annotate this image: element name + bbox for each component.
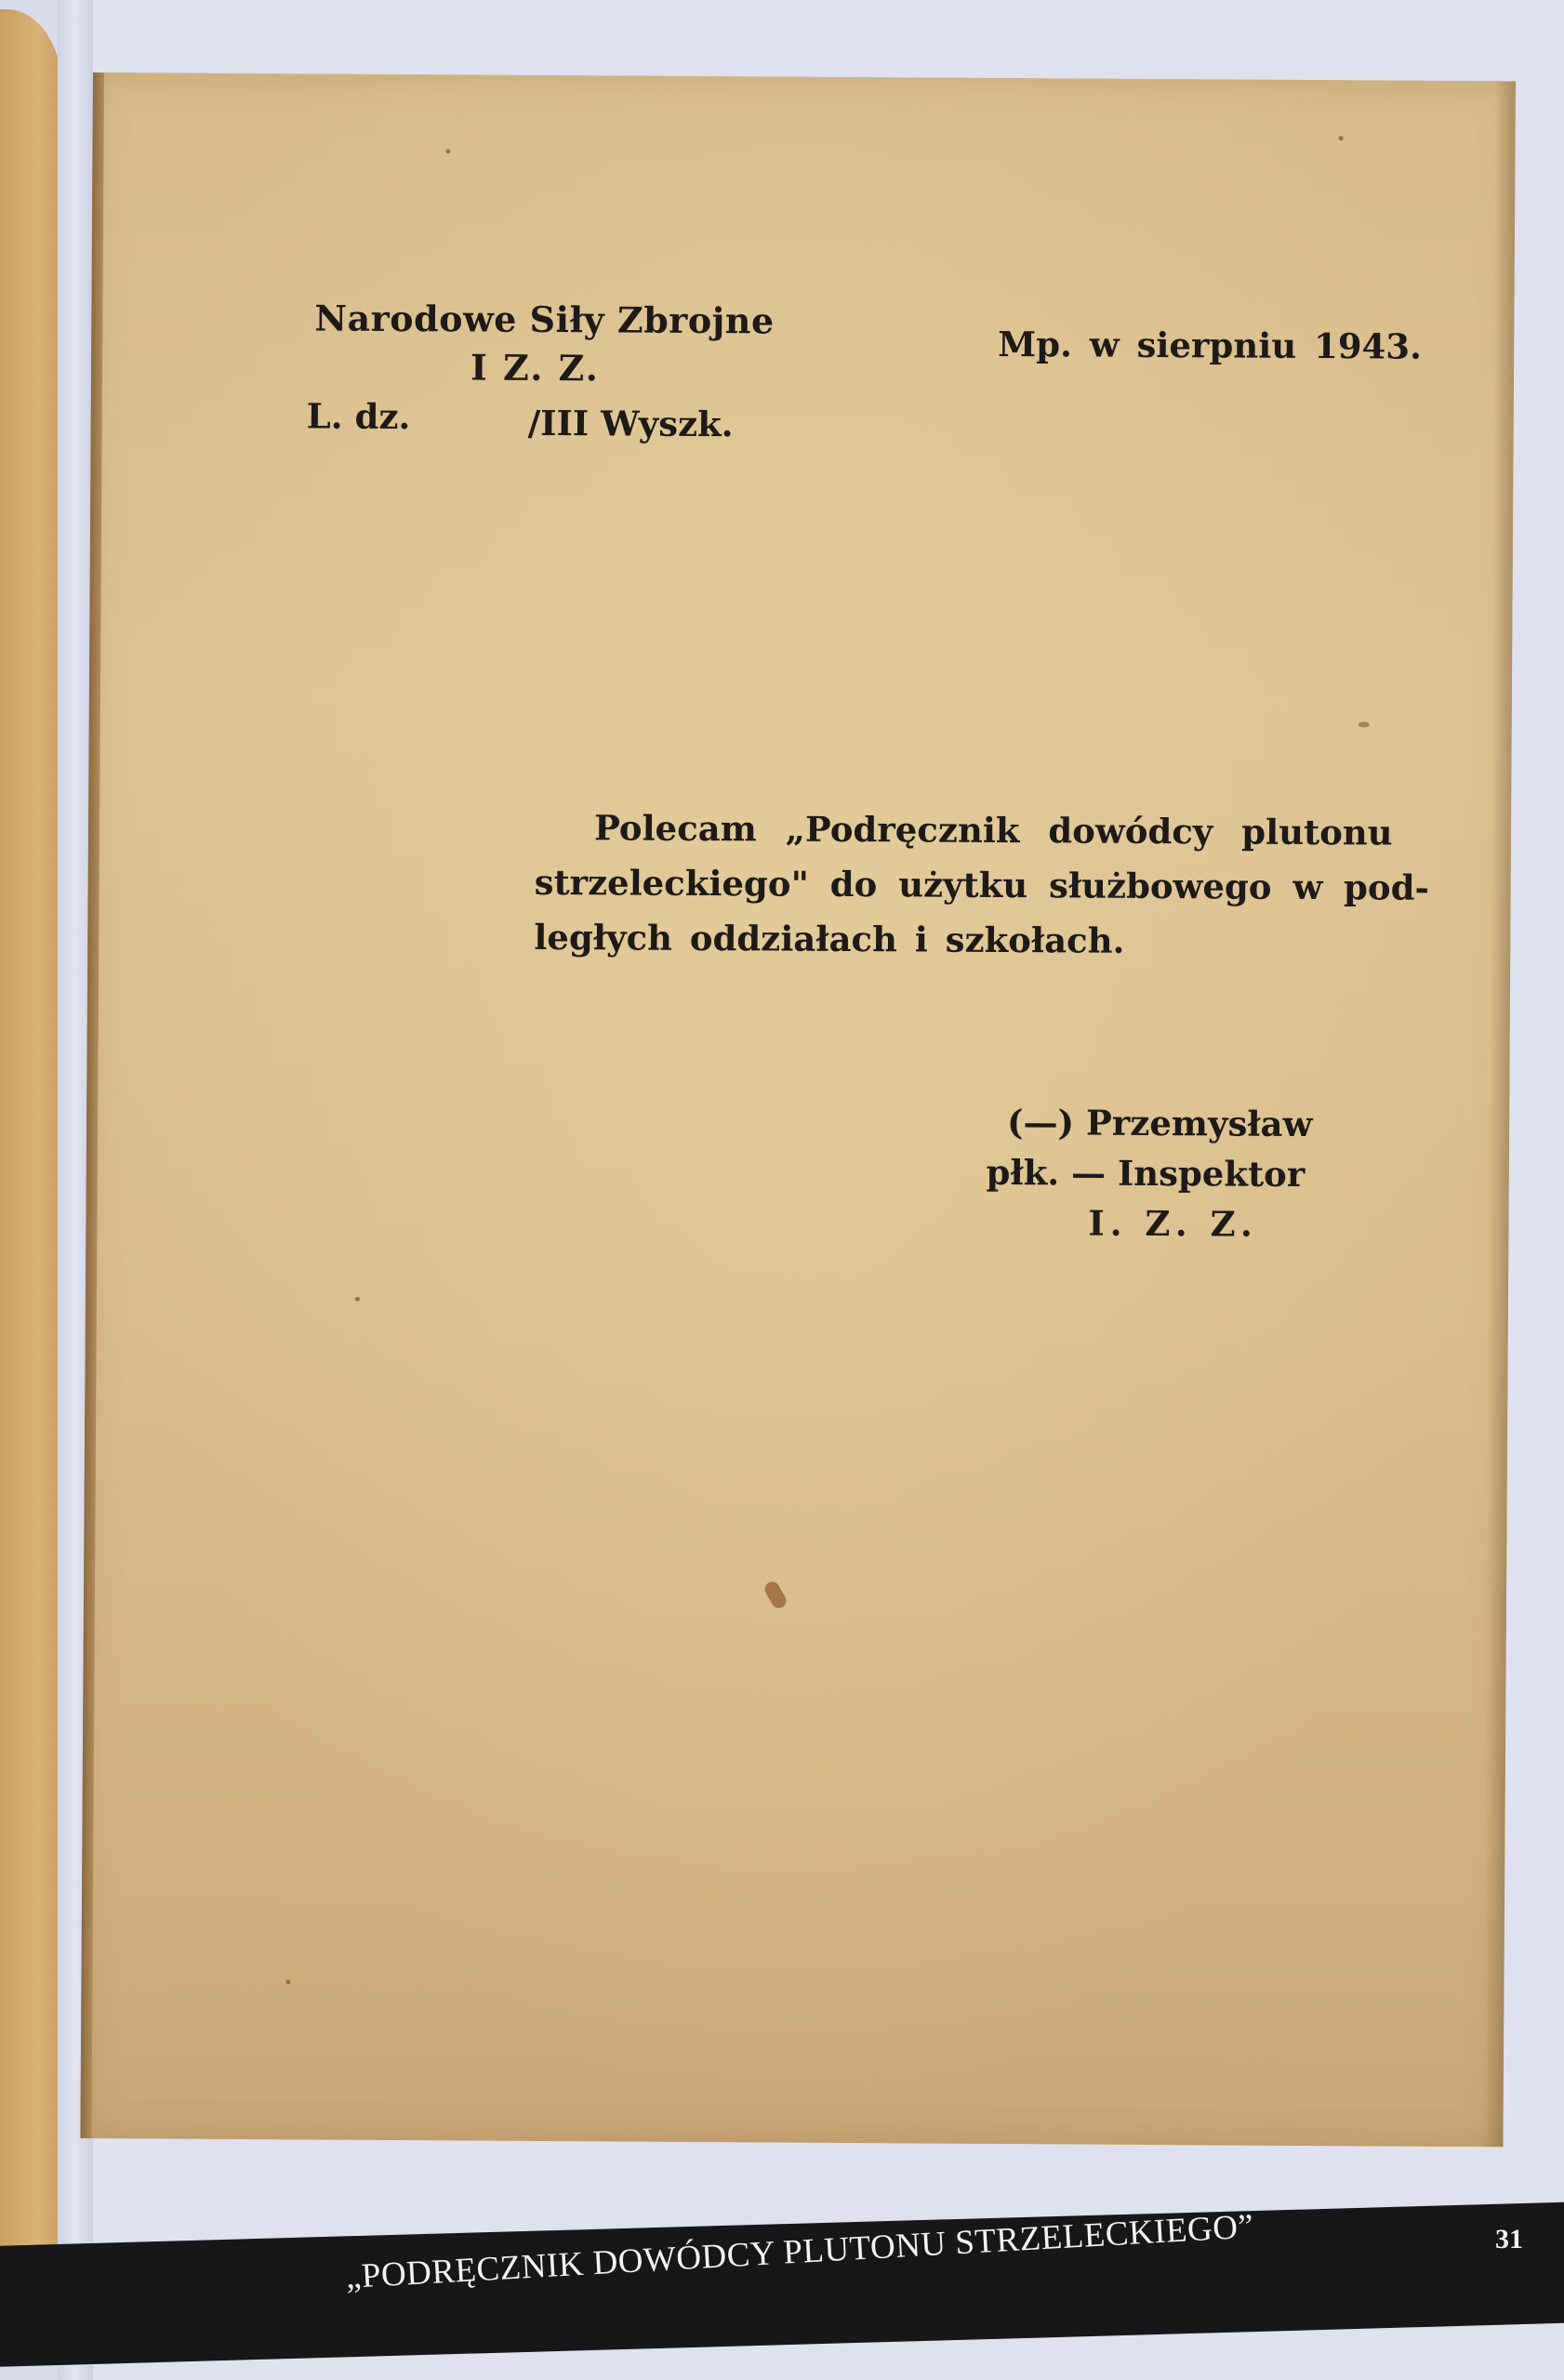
paper-stain (762, 1580, 789, 1611)
unit-abbreviation: I Z. Z. (471, 346, 600, 389)
recommendation-paragraph: Polecam „Podręcznik dowódcy plutonu strz… (534, 800, 1372, 970)
signature-rank: płk. — Inspektor (979, 1147, 1313, 1199)
paragraph-line: Polecam „Podręcznik dowódcy plutonu (535, 800, 1372, 860)
paragraph-line: ległych oddziałach i szkołach. (534, 910, 1371, 970)
reference-prefix: L. dz. (307, 395, 411, 437)
document-sheet: Narodowe Siły Zbrojne I Z. Z. L. dz. /II… (80, 73, 1516, 2147)
paragraph-line: strzeleckiego" do użytku służbowego w po… (535, 855, 1372, 915)
signature-block: (—) Przemysław płk. — Inspektor I. Z. Z. (978, 1097, 1312, 1249)
paper-speck (1339, 136, 1344, 140)
paper-speck (355, 1297, 360, 1302)
organization-name: Narodowe Siły Zbrojne (314, 297, 775, 341)
page-number: 31 (1495, 2224, 1523, 2255)
facing-page-edge (0, 9, 63, 2278)
paper-speck (285, 1979, 290, 1984)
signature-unit: I. Z. Z. (978, 1197, 1312, 1249)
place-and-date: Mp. w sierpniu 1943. (998, 324, 1422, 367)
paper-speck (445, 149, 450, 153)
paper-speck (1359, 721, 1370, 727)
signature-name: (—) Przemysław (979, 1097, 1313, 1149)
reference-suffix: /III Wyszk. (528, 403, 734, 444)
